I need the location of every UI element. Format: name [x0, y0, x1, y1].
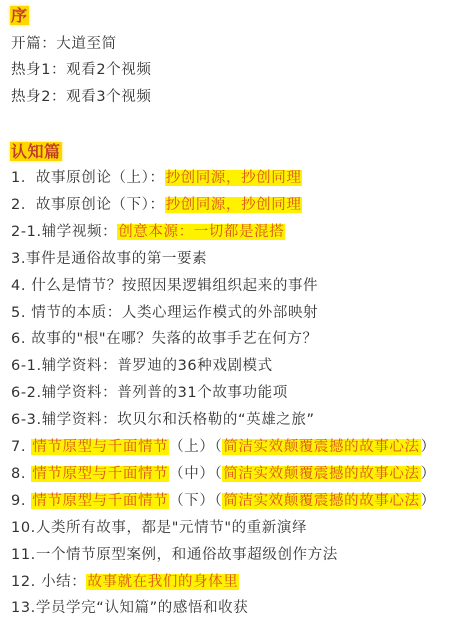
item-text: 4. 什么是情节？按照因果逻辑组织起来的事件 [11, 278, 318, 294]
item-text: 13.学员学完“认知篇”的感悟和收获 [11, 600, 248, 616]
item-text: 1．故事原创论（上）： [11, 170, 165, 186]
highlighted-text: 简洁实效颠覆震撼的故事心法 [222, 439, 420, 455]
preface-heading: 序 [10, 6, 29, 26]
item-text: ） [421, 493, 436, 509]
highlighted-text: 抄创同源，抄创同理 [165, 197, 303, 213]
preface-item: 热身1：观看2个视频 [11, 60, 151, 80]
item-text: 8. [11, 466, 31, 482]
list-item: 4. 什么是情节？按照因果逻辑组织起来的事件 [11, 276, 318, 296]
preface-heading-text: 序 [10, 6, 29, 25]
highlighted-text: 简洁实效颠覆震撼的故事心法 [222, 466, 420, 482]
item-text: 6-3.辅学资料：坎贝尔和沃格勒的“英雄之旅” [11, 412, 315, 428]
highlighted-text: 情节原型与千面情节 [31, 493, 169, 509]
item-text: 9. [11, 493, 31, 509]
highlighted-text: 故事就在我们的身体里 [86, 574, 239, 590]
highlighted-text: 抄创同源，抄创同理 [165, 170, 303, 186]
highlighted-text: 创意本源：一切都是混搭 [117, 224, 285, 240]
item-text: ） [421, 466, 436, 482]
item-text: 2-1.辅学视频： [11, 224, 117, 240]
cognition-heading-text: 认知篇 [10, 142, 62, 161]
list-item: 6-1.辅学资料：普罗迪的36种戏剧模式 [11, 356, 273, 376]
preface-item: 开篇：大道至简 [11, 34, 117, 54]
cognition-heading: 认知篇 [10, 142, 62, 162]
item-text: 10.人类所有故事，都是"元情节"的重新演绎 [11, 520, 307, 536]
list-item: 8. 情节原型与千面情节（中）（简洁实效颠覆震撼的故事心法） [11, 464, 436, 484]
list-item: 1．故事原创论（上）：抄创同源，抄创同理 [11, 168, 302, 188]
list-item: 6-2.辅学资料：普列普的31个故事功能项 [11, 383, 288, 403]
list-item: 3.事件是通俗故事的第一要素 [11, 249, 207, 269]
list-item: 9. 情节原型与千面情节（下）（简洁实效颠覆震撼的故事心法） [11, 491, 436, 511]
item-text: （上）（ [169, 439, 222, 455]
highlighted-text: 情节原型与千面情节 [31, 466, 169, 482]
item-text: 6. 故事的"根"在哪？失落的故事手艺在何方？ [11, 331, 318, 347]
item-text: ） [421, 439, 436, 455]
item-text: （下）（ [169, 493, 222, 509]
list-item: 6. 故事的"根"在哪？失落的故事手艺在何方？ [11, 329, 318, 349]
item-text: 7. [11, 439, 31, 455]
item-text: 12. 小结： [11, 574, 86, 590]
list-item: 6-3.辅学资料：坎贝尔和沃格勒的“英雄之旅” [11, 410, 315, 430]
list-item: 13.学员学完“认知篇”的感悟和收获 [11, 598, 248, 618]
highlighted-text: 情节原型与千面情节 [31, 439, 169, 455]
item-text: 6-2.辅学资料：普列普的31个故事功能项 [11, 385, 288, 401]
item-text: 11.一个情节原型案例，和通俗故事超级创作方法 [11, 547, 338, 563]
preface-item: 热身2：观看3个视频 [11, 87, 151, 107]
list-item: 5. 情节的本质：人类心理运作模式的外部映射 [11, 303, 318, 323]
item-text: 6-1.辅学资料：普罗迪的36种戏剧模式 [11, 358, 273, 374]
item-text: 2．故事原创论（下）： [11, 197, 165, 213]
list-item: 11.一个情节原型案例，和通俗故事超级创作方法 [11, 545, 338, 565]
item-text: 3.事件是通俗故事的第一要素 [11, 251, 207, 267]
list-item: 10.人类所有故事，都是"元情节"的重新演绎 [11, 518, 307, 538]
item-text: （中）（ [169, 466, 222, 482]
list-item: 2．故事原创论（下）：抄创同源，抄创同理 [11, 195, 302, 215]
item-text: 5. 情节的本质：人类心理运作模式的外部映射 [11, 305, 318, 321]
list-item: 12. 小结：故事就在我们的身体里 [11, 572, 239, 592]
list-item: 2-1.辅学视频：创意本源：一切都是混搭 [11, 222, 285, 242]
highlighted-text: 简洁实效颠覆震撼的故事心法 [222, 493, 420, 509]
list-item: 7. 情节原型与千面情节（上）（简洁实效颠覆震撼的故事心法） [11, 437, 436, 457]
